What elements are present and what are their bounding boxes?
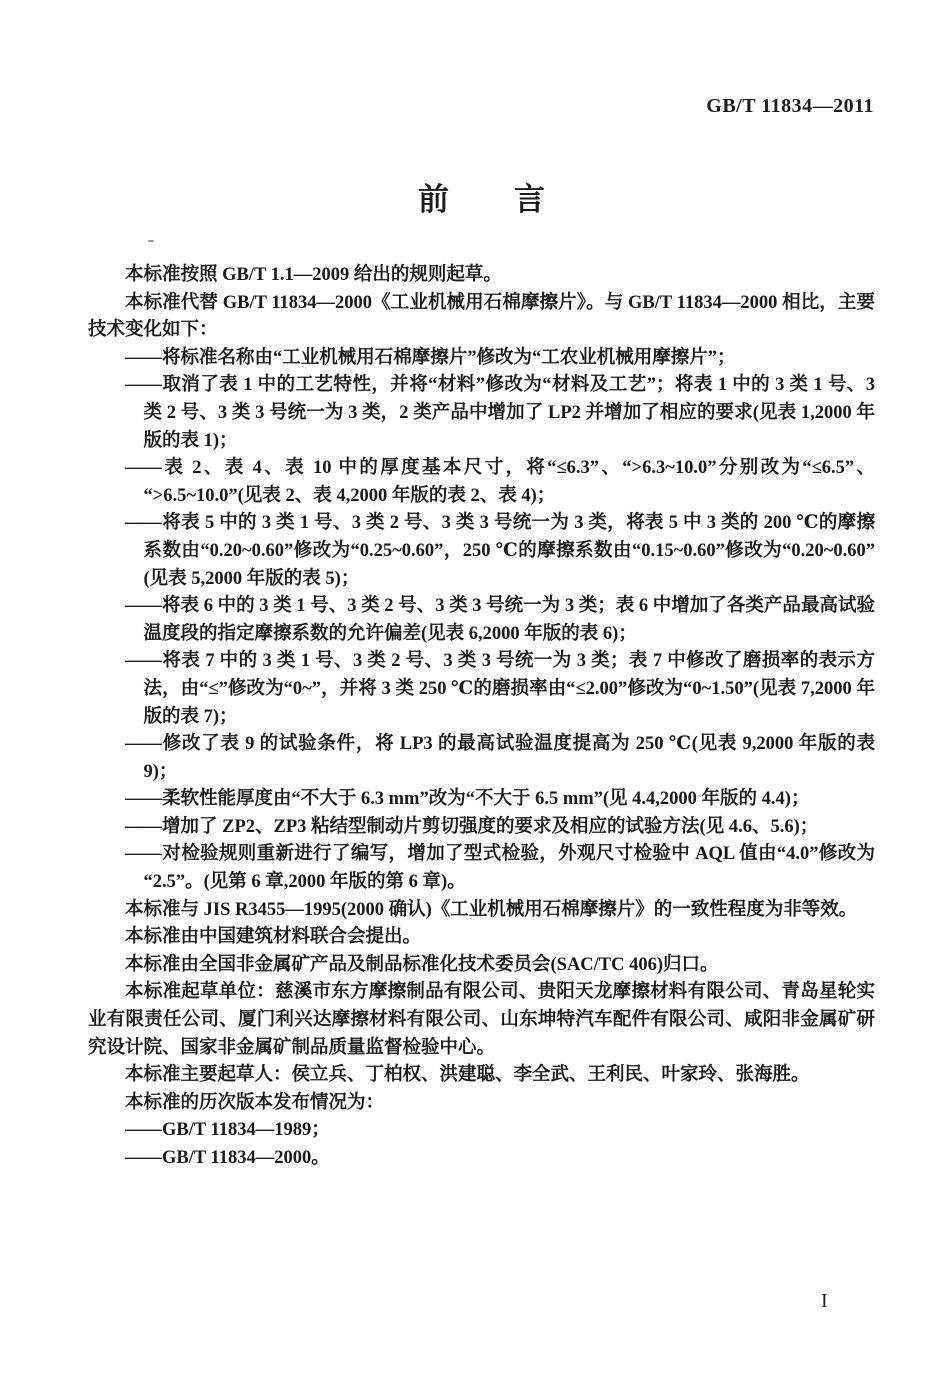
change-list-item: ——将表 6 中的 3 类 1 号、3 类 2 号、3 类 3 号统一为 3 类…: [88, 593, 875, 648]
foreword-paragraph: 本标准由全国非金属矿产品及制品标准化技术委员会(SAC/TC 406)归口。: [88, 952, 875, 980]
foreword-body: 本标准按照 GB/T 1.1—2009 给出的规则起草。 本标准代替 GB/T …: [88, 262, 875, 1173]
foreword-title-wrap: 前言: [88, 174, 875, 219]
change-list-item: ——将标准名称由“工业机械用石棉摩擦片”修改为“工农业机械用摩擦片”；: [88, 345, 875, 373]
foreword-paragraph: 本标准与 JIS R3455—1995(2000 确认)《工业机械用石棉摩擦片》…: [88, 897, 875, 925]
change-list-item: ——修改了表 9 的试验条件，将 LP3 的最高试验温度提高为 250 ℃(见表…: [88, 731, 875, 786]
change-list-item: ——将表 7 中的 3 类 1 号、3 类 2 号、3 类 3 号统一为 3 类…: [88, 648, 875, 731]
foreword-paragraph: 本标准按照 GB/T 1.1—2009 给出的规则起草。: [88, 262, 875, 290]
change-list-item: ——GB/T 11834—2000。: [88, 1145, 875, 1173]
foreword-paragraph: 本标准的历次版本发布情况为：: [88, 1090, 875, 1118]
change-list-item: ——表 2、表 4、表 10 中的厚度基本尺寸，将“≤6.3”、“>6.3~10…: [88, 455, 875, 510]
change-list-item: ——柔软性能厚度由“不大于 6.3 mm”改为“不大于 6.5 mm”(见 4.…: [88, 786, 875, 814]
standard-code: GB/T 11834—2011: [706, 95, 874, 118]
page-number: I: [821, 1290, 828, 1313]
change-list-item: ——增加了 ZP2、ZP3 粘结型制动片剪切强度的要求及相应的试验方法(见 4.…: [88, 814, 875, 842]
foreword-paragraph: 本标准由中国建筑材料联合会提出。: [88, 924, 875, 952]
change-list-item: ——对检验规则重新进行了编写，增加了型式检验，外观尺寸检验中 AQL 值由“4.…: [88, 841, 875, 896]
document-page: GB/T 11834—2011 前言 本标准按照 GB/T 1.1—2009 给…: [0, 0, 950, 1388]
foreword-paragraph: 本标准起草单位：慈溪市东方摩擦制品有限公司、贵阳天龙摩擦材料有限公司、青岛星轮实…: [88, 979, 875, 1062]
change-list-item: ——将表 5 中的 3 类 1 号、3 类 2 号、3 类 3 号统一为 3 类…: [88, 510, 875, 593]
foreword-paragraph: 本标准主要起草人：侯立兵、丁柏权、洪建聪、李全武、王利民、叶家玲、张海胜。: [88, 1062, 875, 1090]
change-list-item: ——取消了表 1 中的工艺特性，并将“材料”修改为“材料及工艺”；将表 1 中的…: [88, 372, 875, 455]
scan-speck: [148, 240, 154, 242]
change-list-item: ——GB/T 11834—1989；: [88, 1117, 875, 1145]
foreword-title: 前言: [353, 174, 610, 219]
foreword-paragraph: 本标准代替 GB/T 11834—2000《工业机械用石棉摩擦片》。与 GB/T…: [88, 290, 875, 345]
